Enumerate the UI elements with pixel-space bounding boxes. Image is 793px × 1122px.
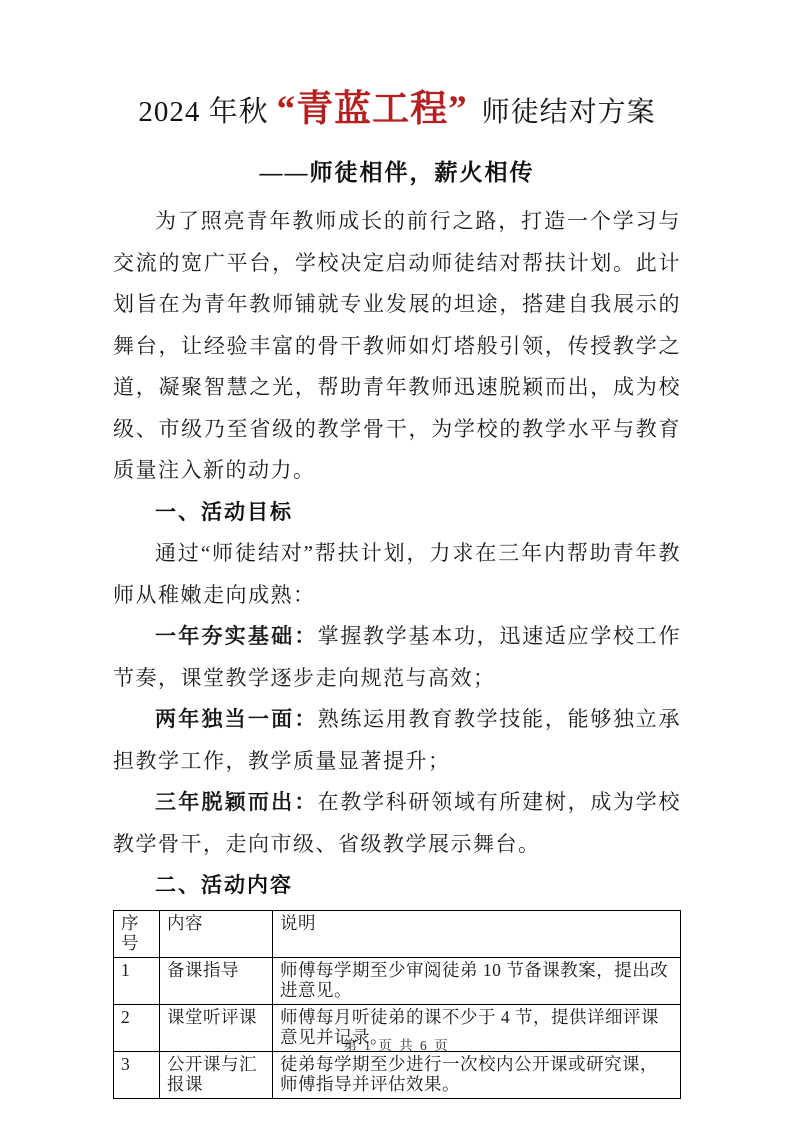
goal-label-year1: 一年夯实基础： (155, 624, 318, 648)
goal-item-year3: 三年脱颖而出：在教学科研领域有所建树，成为学校教学骨干，走向市级、省级教学展示舞… (113, 782, 681, 865)
document-page: 2024 年秋“青蓝工程”师徒结对方案 ——师徒相伴，薪火相传 为了照亮青年教师… (0, 0, 793, 1122)
table-header-row: 序号 内容 说明 (114, 910, 681, 957)
table-cell-content: 公开课与汇报课 (160, 1051, 273, 1098)
intro-paragraph: 为了照亮青年教师成长的前行之路，打造一个学习与交流的宽广平台，学校决定启动师徒结… (113, 201, 681, 492)
goal-label-year3: 三年脱颖而出： (155, 790, 318, 814)
goal-item-year2: 两年独当一面：熟练运用教育教学技能，能够独立承担教学工作，教学质量显著提升； (113, 699, 681, 782)
document-subtitle: ——师徒相伴，薪火相传 (113, 157, 681, 189)
table-header-desc: 说明 (273, 910, 681, 957)
section2-heading: 二、活动内容 (113, 865, 681, 907)
document-title: 2024 年秋“青蓝工程”师徒结对方案 (113, 84, 681, 139)
goal-item-year1: 一年夯实基础：掌握教学基本功，迅速适应学校工作节奏，课堂教学逐步走向规范与高效； (113, 616, 681, 699)
activity-table: 序号 内容 说明 1 备课指导 师傅每学期至少审阅徒弟 10 节备课教案，提出改… (113, 910, 681, 1099)
table-cell-no: 1 (114, 957, 160, 1004)
table-header-content: 内容 (160, 910, 273, 957)
table-cell-no: 3 (114, 1051, 160, 1098)
section1-lead-paragraph: 通过“师徒结对”帮扶计划，力求在三年内帮助青年教师从稚嫩走向成熟： (113, 533, 681, 616)
table-cell-desc: 徒弟每学期至少进行一次校内公开课或研究课，师傅指导并评估效果。 (273, 1051, 681, 1098)
table-cell-content: 备课指导 (160, 957, 273, 1004)
table-row-1: 1 备课指导 师傅每学期至少审阅徒弟 10 节备课教案，提出改进意见。 (114, 957, 681, 1004)
table-row-3: 3 公开课与汇报课 徒弟每学期至少进行一次校内公开课或研究课，师傅指导并评估效果… (114, 1051, 681, 1098)
section1-heading: 一、活动目标 (113, 492, 681, 534)
page-footer: 第 1 页 共 6 页 (0, 1034, 793, 1054)
table-cell-desc: 师傅每学期至少审阅徒弟 10 节备课教案，提出改进意见。 (273, 957, 681, 1004)
goal-label-year2: 两年独当一面： (155, 707, 318, 731)
title-prefix: 2024 年秋 (138, 96, 268, 128)
table-header-no: 序号 (114, 910, 160, 957)
title-suffix: 师徒结对方案 (482, 97, 656, 128)
title-highlight: “青蓝工程” (277, 89, 468, 130)
